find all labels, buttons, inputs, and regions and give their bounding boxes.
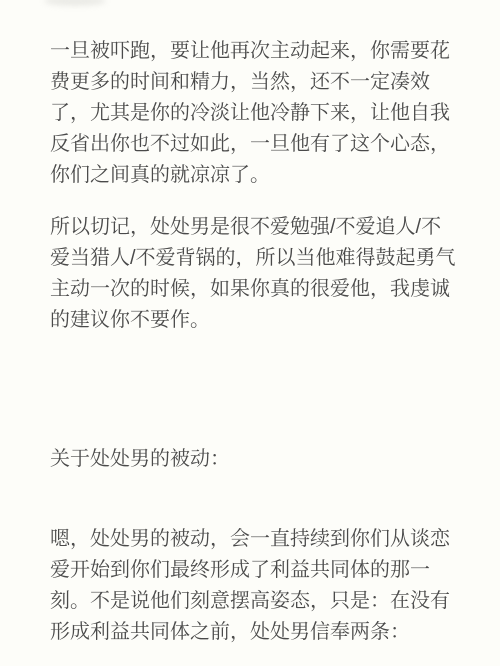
text-line: 了，尤其是你的冷淡让他冷静下来，让他自我 [50, 98, 452, 129]
paragraph-about-passivity: 嗯，处处男的被动，会一直持续到你们从谈恋爱开始到你们最终形成了利益共同体的那一刻… [50, 524, 452, 648]
text-line: 所以切记，处处男是很不爱勉强/不爱追人/不 [50, 212, 452, 243]
cropped-text-remnant [44, 0, 106, 6]
text-line: 反省出你也不过如此，一旦他有了这个心态， [50, 129, 452, 160]
text-line: 爱当猎人/不爱背锅的，所以当他难得鼓起勇气 [50, 243, 452, 274]
article-page: 一旦被吓跑，要让他再次主动起来，你需要花费更多的时间和精力，当然，还不一定凑效了… [0, 0, 500, 666]
text-line: 嗯，处处男的被动，会一直持续到你们从谈恋 [50, 524, 452, 555]
text-line: 你们之间真的就凉凉了。 [50, 160, 452, 191]
text-line: 一旦被吓跑，要让他再次主动起来，你需要花 [50, 36, 452, 67]
section-heading-passivity: 关于处处男的被动： [50, 444, 230, 475]
text-line: 形成利益共同体之前，处处男信奉两条： [50, 617, 452, 648]
text-line: 爱开始到你们最终形成了利益共同体的那一 [50, 555, 452, 586]
text-line: 的建议你不要作。 [50, 305, 452, 336]
paragraph-once-scared-away: 一旦被吓跑，要让他再次主动起来，你需要花费更多的时间和精力，当然，还不一定凑效了… [50, 36, 452, 191]
text-line: 费更多的时间和精力，当然，还不一定凑效 [50, 67, 452, 98]
text-line: 主动一次的时候，如果你真的很爱他，我虔诚 [50, 274, 452, 305]
text-line: 刻。不是说他们刻意摆高姿态，只是：在没有 [50, 586, 452, 617]
paragraph-so-remember: 所以切记，处处男是很不爱勉强/不爱追人/不爱当猎人/不爱背锅的，所以当他难得鼓起… [50, 212, 452, 336]
